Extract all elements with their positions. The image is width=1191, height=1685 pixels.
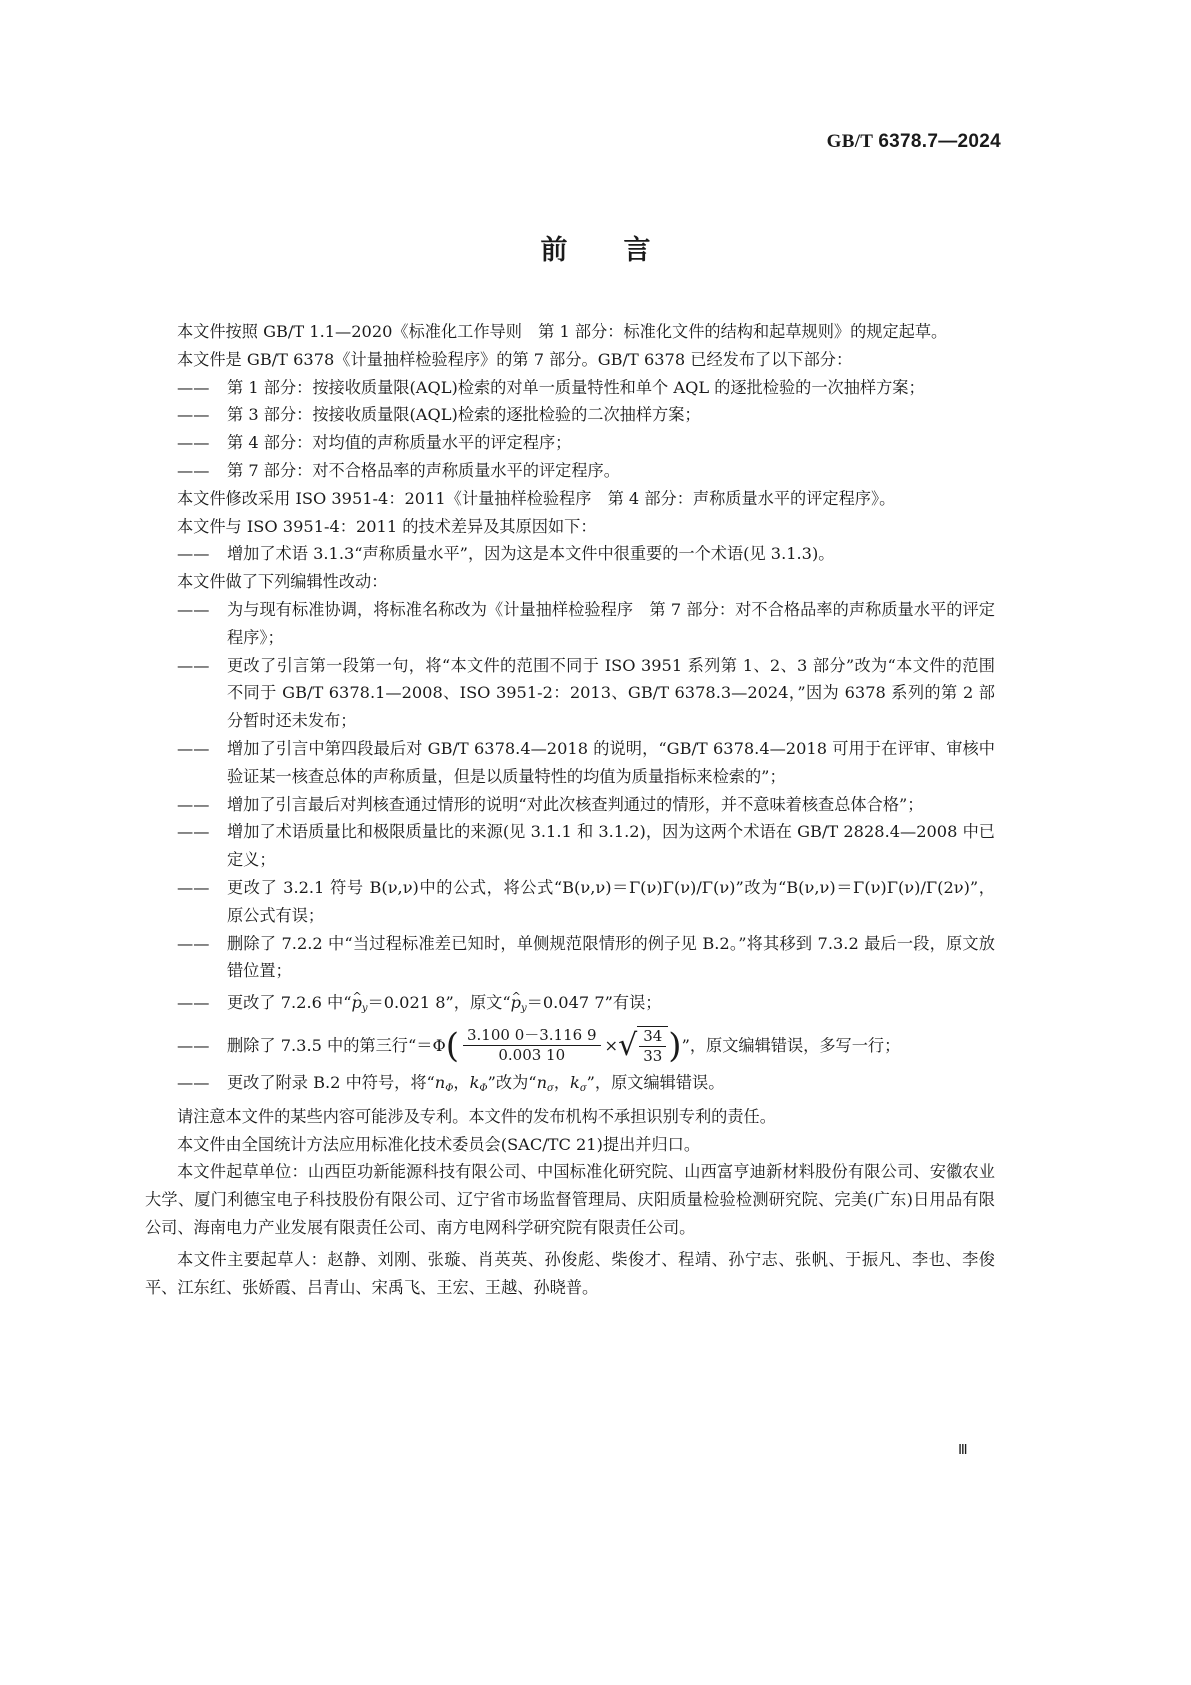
paragraph-editorial-intro: 本文件做了下列编辑性改动：: [145, 568, 995, 596]
page-number: Ⅲ: [958, 1442, 968, 1459]
list-item-editorial: ——增加了引言中第四段最后对 GB/T 6378.4—2018 的说明，“GB/…: [145, 735, 995, 791]
dash-mark: ——: [177, 596, 227, 624]
dash-mark: ——: [177, 1069, 227, 1097]
title-char-1: 前: [541, 228, 568, 267]
paragraph-series-parts: 本文件是 GB/T 6378《计量抽样检验程序》的第 7 部分。GB/T 637…: [145, 346, 995, 374]
list-item-edit-726: ——更改了 7.2.6 中“py＝0.021 8”，原文“py＝0.047 7”…: [145, 989, 995, 1023]
list-item-editorial: ——为与现有标准协调，将标准名称改为《计量抽样检验程序 第 7 部分：对不合格品…: [145, 596, 995, 652]
list-item-part-3: ——第 3 部分：按接收质量限(AQL)检索的逐批检验的二次抽样方案；: [145, 401, 995, 429]
paragraph-committee: 本文件由全国统计方法应用标准化技术委员会(SAC/TC 21)提出并归口。: [145, 1131, 995, 1159]
left-paren: (: [446, 1029, 459, 1063]
standard-prefix: GB/T: [827, 131, 874, 152]
dash-mark: ——: [177, 401, 227, 429]
dash-mark: ——: [177, 652, 227, 680]
dash-mark: ——: [177, 457, 227, 485]
list-item-part-1: ——第 1 部分：按接收质量限(AQL)检索的对单一质量特性和单个 AQL 的逐…: [145, 374, 995, 402]
list-item-part-4: ——第 4 部分：对均值的声称质量水平的评定程序；: [145, 429, 995, 457]
dash-mark: ——: [177, 735, 227, 763]
p-hat-symbol: p: [352, 993, 362, 1012]
dash-mark: ——: [177, 374, 227, 402]
title-char-2: 言: [624, 228, 651, 267]
dash-mark: ——: [177, 818, 227, 846]
list-item-editorial: ——更改了引言第一段第一句，将“本文件的范围不同于 ISO 3951 系列第 1…: [145, 652, 995, 735]
dash-mark: ——: [177, 791, 227, 819]
dash-mark: ——: [177, 874, 227, 902]
paragraph-iso-adoption: 本文件修改采用 ISO 3951-4：2011《计量抽样检验程序 第 4 部分：…: [145, 485, 995, 513]
dash-mark: ——: [177, 989, 227, 1017]
list-item-editorial: ——增加了引言最后对判核查通过情形的说明“对此次核查判通过的情形，并不意味着核查…: [145, 791, 995, 819]
list-item-editorial: ——更改了 3.2.1 符号 B(ν,ν)中的公式，将公式“B(ν,ν)＝Γ(ν…: [145, 874, 995, 930]
p-hat-symbol: p: [511, 993, 521, 1012]
page-title: 前言: [0, 228, 1191, 267]
dash-mark: ——: [177, 540, 227, 568]
dash-mark: ——: [177, 1032, 227, 1060]
paragraph-drafting-rules: 本文件按照 GB/T 1.1—2020《标准化工作导则 第 1 部分：标准化文件…: [145, 318, 995, 346]
dash-mark: ——: [177, 429, 227, 457]
list-item-tech-diff: ——增加了术语 3.1.3“声称质量水平”，因为这是本文件中很重要的一个术语(见…: [145, 540, 995, 568]
foreword-body: 本文件按照 GB/T 1.1—2020《标准化工作导则 第 1 部分：标准化文件…: [145, 318, 995, 1301]
list-item-editorial: ——增加了术语质量比和极限质量比的来源(见 3.1.1 和 3.1.2)，因为这…: [145, 818, 995, 874]
right-paren: ): [668, 1029, 681, 1063]
paragraph-drafting-units: 本文件起草单位：山西臣功新能源科技有限公司、中国标准化研究院、山西富亨迪新材料股…: [145, 1158, 995, 1241]
formula-fraction: 3.100 0－3.116 90.003 10: [463, 1026, 601, 1065]
list-item-part-7: ——第 7 部分：对不合格品率的声称质量水平的评定程序。: [145, 457, 995, 485]
sqrt-symbol: √3433: [618, 1026, 668, 1066]
dash-mark: ——: [177, 930, 227, 958]
standard-number: 6378.7—2024: [878, 131, 1001, 152]
list-item-edit-735: ——删除了 7.3.5 中的第三行“＝Φ(3.100 0－3.116 90.00…: [145, 1023, 995, 1069]
standard-code: GB/T 6378.7—2024: [827, 131, 1001, 153]
paragraph-drafters: 本文件主要起草人：赵静、刘刚、张璇、肖英英、孙俊彪、柴俊才、程靖、孙宁志、张帆、…: [145, 1246, 995, 1302]
paragraph-patent-notice: 请注意本文件的某些内容可能涉及专利。本文件的发布机构不承担识别专利的责任。: [145, 1103, 995, 1131]
list-item-editorial: ——删除了 7.2.2 中“当过程标准差已知时，单侧规范限情形的例子见 B.2。…: [145, 930, 995, 986]
list-item-edit-b2: ——更改了附录 B.2 中符号，将“nΦ，kΦ”改为“nσ，kσ”，原文编辑错误…: [145, 1069, 995, 1103]
paragraph-tech-diffs-intro: 本文件与 ISO 3951-4：2011 的技术差异及其原因如下：: [145, 513, 995, 541]
